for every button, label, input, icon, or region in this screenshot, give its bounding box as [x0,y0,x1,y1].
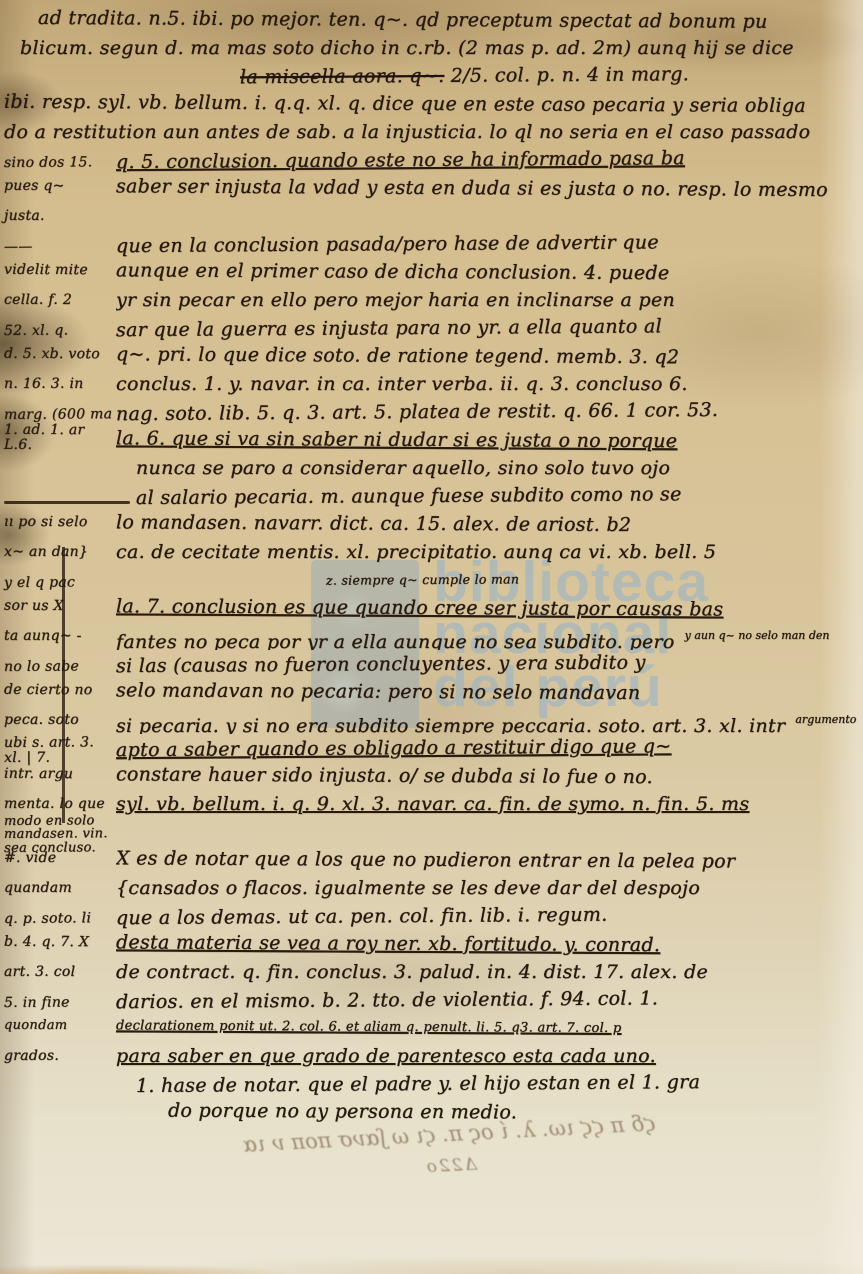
ink-rule-horizontal [4,501,130,504]
line-text: de contract. q. fin. conclus. 3. palud. … [116,958,861,986]
line-text: si las (causas no fueron concluyentes. y… [116,647,861,680]
margin-note: #. vide [0,850,116,865]
interline-note: argumento [795,713,856,726]
line-text: q~. pri. lo que dice soto. de ratione te… [116,340,861,372]
interline-note: y aun q~ no selo man den [685,629,830,642]
manuscript-line: peca. sotosi pecaria. y si no era subdit… [0,706,861,734]
margin-note: sino dos 15. [0,155,116,170]
line-text: declarationem ponit ut. 2. col. 6. et al… [116,1012,861,1044]
margin-note: —— [0,239,116,254]
line-text: que en la conclusion pasada/pero hase de… [116,227,861,260]
ink-rule-vertical [62,547,65,823]
margin-note: q. p. soto. li [0,911,116,926]
line-text [116,815,861,848]
line-text: ca. de cecitate mentis. xl. precipitatio… [116,538,861,566]
line-text: conclus. 1. y. navar. in ca. inter verba… [116,370,861,398]
line-text: sar que la guerra es injusta para no yr.… [116,311,861,344]
line-text [116,202,861,230]
line-text: selo mandavan no pecaria: pero si no sel… [116,676,861,708]
manuscript-line: x~ an dan}ca. de cecitate mentis. xl. pr… [0,538,861,566]
line-text: que a los demas. ut ca. pen. col. fin. l… [116,899,861,932]
margin-note: ta aunq~ - [0,629,116,644]
line-text: do a restitution aun antes de sab. a la … [4,121,810,143]
bleedthrough-line: Δ22ο [150,1134,751,1197]
line-text: al salario pecaria. m. aunque fuese subd… [136,483,682,509]
margin-note: ıı po si selo [0,514,116,529]
line-text: si pecaria. y si no era subdito siempre … [116,706,861,734]
manuscript-line: sor us Xla. 7. conclusion es que quando … [0,592,861,625]
struck-text: la miscella aora. q~. [240,65,445,88]
line-text: aunque en el primer caso de dicha conclu… [116,256,861,288]
line-text: {cansados o flacos. igualmente se les de… [116,874,861,902]
margin-note: b. 4. q. 7. X [0,934,116,949]
margin-note: pues q~ [0,178,116,193]
manuscript-line: ad tradita. n.5. ibi. po mejor. ten. q~.… [0,4,861,37]
margin-note: peca. soto [0,713,116,728]
manuscript-line: videlit miteaunque en el primer caso de … [0,256,861,289]
margin-note: n. 16. 3. in [0,377,116,392]
line-text: darios. en el mismo. b. 2. tto. de viole… [116,983,861,1016]
manuscript-line: ıı po si selolo mandasen. navarr. dict. … [0,508,861,541]
manuscript-line: justa. [0,202,861,230]
manuscript-line: menta. lo quesyl. vb. bellum. i. q. 9. x… [0,790,861,818]
manuscript-line: quandam{cansados o flacos. igualmente se… [0,874,861,902]
manuscript-line: ibi. resp. syl. vb. bellum. i. q.q. xl. … [0,88,861,121]
margin-note: art. 3. col [0,965,116,980]
line-text: yr sin pecar en ello pero mejor haria en… [116,286,861,314]
margin-note: quondam [0,1019,116,1033]
margin-note: 5. in fine [0,995,116,1010]
manuscript-line: d. 5. xb. votoq~. pri. lo que dice soto.… [0,340,861,373]
line-text: constare hauer sido injusta. o/ se dubda… [116,760,861,792]
line-text: q. 5. conclusion. quando este no se ha i… [116,143,861,176]
line-text: syl. vb. bellum. i. q. 9. xl. 3. navar. … [116,790,861,818]
line-text: z. siempre q~ cumple lo man [116,563,861,596]
manuscript-line: cella. f. 2yr sin pecar en ello pero mej… [0,286,861,314]
manuscript-line: n. 16. 3. inconclus. 1. y. navar. in ca.… [0,370,861,398]
manuscript-line: grados.para saber en que grado de parent… [0,1042,861,1070]
line-text: apto a saber quando es obligado a restit… [116,731,861,764]
margin-note: quandam [0,881,116,896]
line-text: do porque no ay persona en medio. [168,1100,517,1124]
margin-note: justa. [0,209,116,224]
margin-note: cella. f. 2 [0,293,116,308]
margin-note: marg. (600 ma [0,407,116,422]
line-text: 1. hase de notar. que el padre y. el hij… [136,1071,700,1097]
manuscript-photo: biblioteca nacional del perú ad tradita.… [0,0,863,1274]
line-text: saber ser injusta la vdad y esta en duda… [116,172,861,204]
manuscript-line: #. videX es de notar que a los que no pu… [0,844,861,877]
manuscript-line: do a restitution aun antes de sab. a la … [0,118,861,146]
line-text: ibi. resp. syl. vb. bellum. i. q.q. xl. … [4,91,806,117]
line-text: la miscella aora. q~. 2/5. col. p. n. 4 … [240,63,689,88]
manuscript-line: de cierto noselo mandavan no pecaria: pe… [0,676,861,709]
margin-note: x~ an dan} [0,545,116,560]
line-text: blicum. segun d. ma mas soto dicho in c.… [20,37,794,59]
margin-note: de cierto no [0,682,116,697]
manuscript-line: art. 3. colde contract. q. fin. conclus.… [0,958,861,986]
manuscript-line: pues q~saber ser injusta la vdad y esta … [0,172,861,205]
line-text: desta materia se vea a roy ner. xb. fort… [116,928,861,960]
line-text: nunca se paro a considerar aquello, sino… [136,457,670,479]
manuscript-text-block: ad tradita. n.5. ibi. po mejor. ten. q~.… [0,6,861,1126]
manuscript-line: ta aunq~ -fantes no peca por yr a ella a… [0,622,861,650]
manuscript-line: do porque no ay persona en medio. [0,1096,861,1129]
line-text: fantes no peca por yr a ella aunque no s… [116,622,861,650]
manuscript-line: intr. arguconstare hauer sido injusta. o… [0,760,861,793]
margin-note: 52. xl. q. [0,323,116,338]
manuscript-line: quondamdeclarationem ponit ut. 2. col. 6… [0,1012,861,1045]
margin-note: menta. lo que [0,797,116,812]
line-text: X es de notar que a los que no pudieron … [116,844,861,876]
line-text: la. 6. que si va sin saber ni dudar si e… [116,424,861,456]
margin-note: grados. [0,1049,116,1064]
margin-note: y el q pac [0,575,116,590]
line-text: para saber en que grado de parentesco es… [116,1042,861,1070]
line-text: lo mandasen. navarr. dict. ca. 15. alex.… [116,508,861,540]
line-text: ad tradita. n.5. ibi. po mejor. ten. q~.… [38,7,768,33]
margin-note: intr. argu [0,766,116,781]
margin-note: 1. ad. 1. ar L.6. [0,423,116,453]
margin-note: videlit mite [0,262,116,277]
line-text: la. 7. conclusion es que quando cree ser… [116,592,861,624]
margin-note: no lo sabe [0,659,116,674]
margin-note: sor us X [0,598,116,613]
manuscript-line: b. 4. q. 7. Xdesta materia se vea a roy … [0,928,861,961]
manuscript-line: nunca se paro a considerar aquello, sino… [0,454,861,482]
manuscript-line: blicum. segun d. ma mas soto dicho in c.… [0,34,861,62]
line-text: nag. soto. lib. 5. q. 3. art. 5. platea … [116,395,861,428]
manuscript-line: 1. ad. 1. ar L.6.la. 6. que si va sin sa… [0,424,861,457]
margin-note: d. 5. xb. voto [0,346,116,361]
